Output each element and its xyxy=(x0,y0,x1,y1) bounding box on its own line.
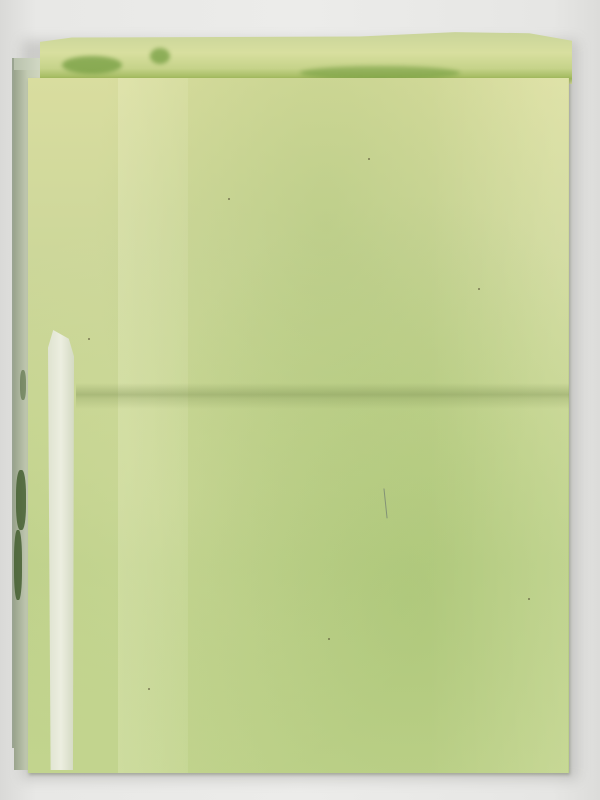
scan-background xyxy=(0,0,600,800)
speck xyxy=(328,638,330,640)
speck xyxy=(88,338,90,340)
glued-flap-band xyxy=(118,78,188,773)
horizontal-fold-crease xyxy=(76,383,569,409)
speck xyxy=(148,688,150,690)
speck xyxy=(228,198,230,200)
mold-stain xyxy=(20,370,26,400)
speck xyxy=(528,598,530,600)
folder-cover xyxy=(28,78,569,773)
green-stain xyxy=(150,48,170,64)
light-band xyxy=(428,78,568,773)
speck xyxy=(368,158,370,160)
top-folded-strip xyxy=(40,30,572,84)
speck xyxy=(478,288,480,290)
mold-stain xyxy=(16,470,26,530)
green-stain xyxy=(62,56,122,74)
torn-tape-strip xyxy=(48,330,74,770)
mold-stain xyxy=(14,530,22,600)
